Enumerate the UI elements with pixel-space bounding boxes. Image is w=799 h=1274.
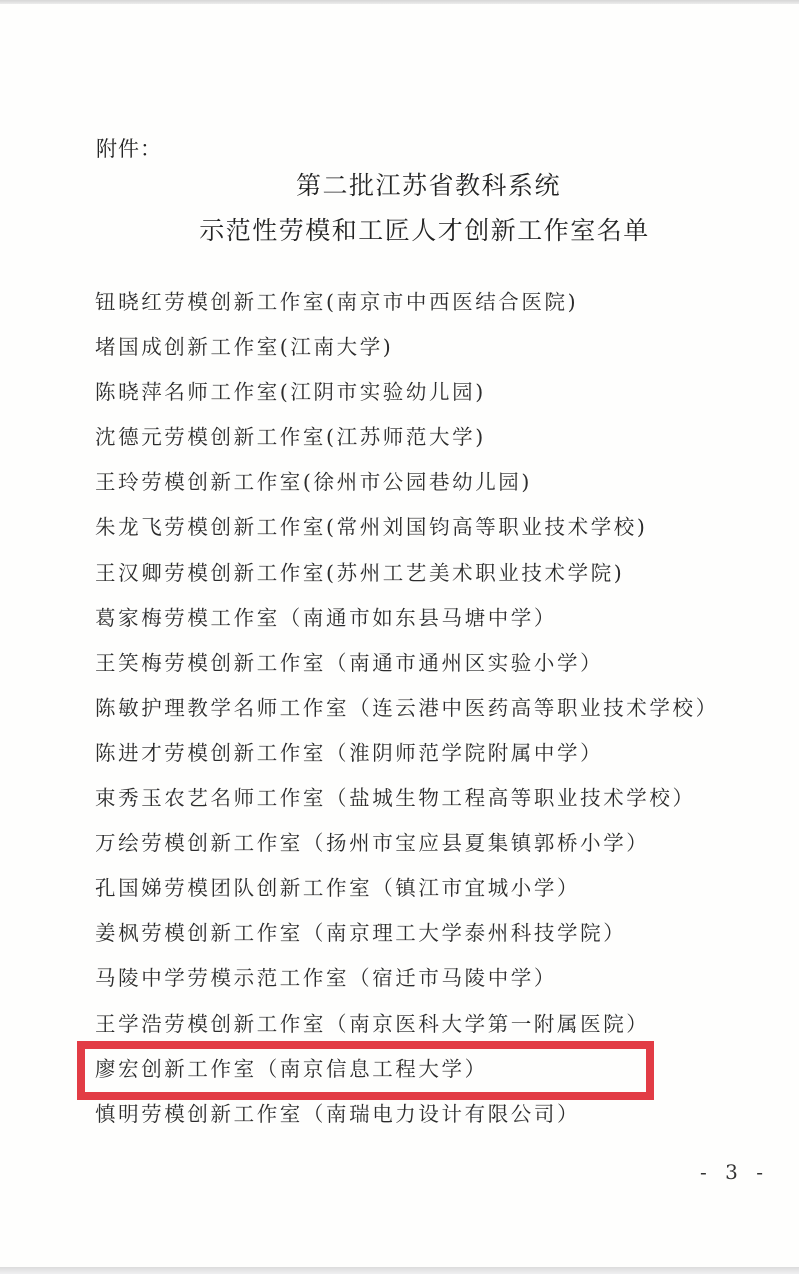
list-item: 孔国娣劳模团队创新工作室（镇江市宜城小学）	[95, 872, 719, 917]
list-item: 王玲劳模创新工作室(徐州市公园巷幼儿园)	[95, 466, 719, 511]
list-item: 钮晓红劳模创新工作室(南京市中西医结合医院)	[95, 286, 719, 331]
document-title-line-1: 第二批江苏省教科系统	[0, 166, 799, 202]
list-item: 慎明劳模创新工作室（南瑞电力设计有限公司）	[95, 1098, 719, 1143]
list-item: 王笑梅劳模创新工作室（南通市通州区实验小学）	[95, 647, 719, 692]
page-number: - 3 -	[700, 1160, 769, 1184]
list-item: 陈敏护理教学名师工作室（连云港中医药高等职业技术学校）	[95, 692, 719, 737]
list-item: 朱龙飞劳模创新工作室(常州刘国钧高等职业技术学校)	[95, 511, 719, 556]
bottom-edge-band	[0, 1267, 799, 1274]
list-item: 马陵中学劳模示范工作室（宿迁市马陵中学）	[95, 962, 719, 1007]
list-item: 万绘劳模创新工作室（扬州市宝应县夏集镇郭桥小学）	[95, 827, 719, 872]
list-item: 陈晓萍名师工作室(江阴市实验幼儿园)	[95, 376, 719, 421]
list-item: 陈进才劳模创新工作室（淮阴师范学院附属中学）	[95, 737, 719, 782]
list-item: 堵国成创新工作室(江南大学)	[95, 331, 719, 376]
list-item: 姜枫劳模创新工作室（南京理工大学泰州科技学院）	[95, 917, 719, 962]
document-title-line-2: 示范性劳模和工匠人才创新工作室名单	[0, 211, 799, 247]
list-item: 葛家梅劳模工作室（南通市如东县马塘中学）	[95, 602, 719, 647]
highlight-annotation-box	[77, 1041, 654, 1100]
studio-list: 钮晓红劳模创新工作室(南京市中西医结合医院) 堵国成创新工作室(江南大学) 陈晓…	[95, 286, 719, 1143]
list-item: 沈德元劳模创新工作室(江苏师范大学)	[95, 421, 719, 466]
list-item: 束秀玉农艺名师工作室（盐城生物工程高等职业技术学校）	[95, 782, 719, 827]
attachment-label: 附件：	[96, 133, 162, 163]
top-edge-band	[0, 0, 799, 4]
list-item: 王汉卿劳模创新工作室(苏州工艺美术职业技术学院)	[95, 557, 719, 602]
